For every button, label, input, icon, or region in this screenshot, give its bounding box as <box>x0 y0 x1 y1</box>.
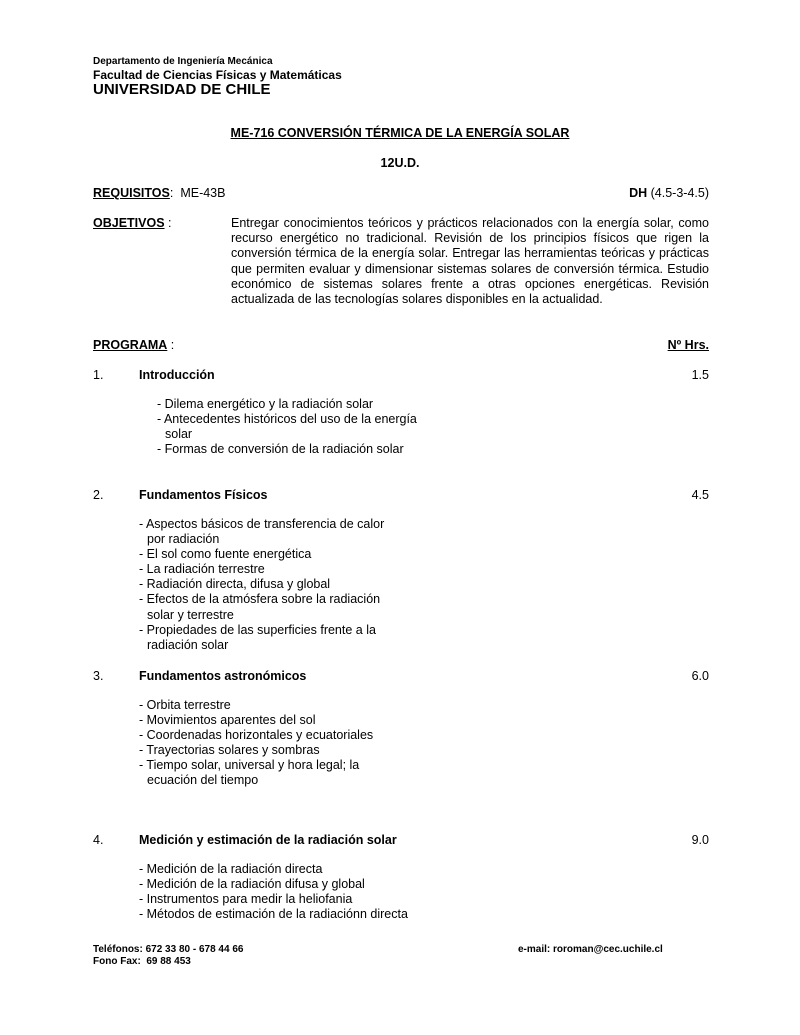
list-item: - Efectos de la atmósfera sobre la radia… <box>139 592 401 622</box>
university-name: UNIVERSIDAD DE CHILE <box>93 81 271 98</box>
list-item: - Orbita terrestre <box>139 698 401 713</box>
section-hours: 1.5 <box>692 368 709 382</box>
list-item: - Aspectos básicos de transferencia de c… <box>139 517 401 547</box>
section-title: Medición y estimación de la radiación so… <box>139 833 397 847</box>
section-title: Fundamentos astronómicos <box>139 669 306 683</box>
dh-row: DH (4.5-3-4.5) <box>629 186 709 200</box>
list-item: - Movimientos aparentes del sol <box>139 713 401 728</box>
section-hours: 4.5 <box>692 488 709 502</box>
requirements-row: REQUISITOS: ME-43B <box>93 186 225 200</box>
section-items: - Orbita terrestre - Movimientos aparent… <box>139 698 401 789</box>
list-item: - El sol como fuente energética <box>139 547 401 562</box>
faculty-name: Facultad de Ciencias Físicas y Matemátic… <box>93 68 342 82</box>
list-item: - Dilema energético y la radiación solar <box>157 397 437 412</box>
program-label-row: PROGRAMA : <box>93 338 174 352</box>
department-name: Departamento de Ingeniería Mecánica <box>93 56 273 67</box>
section-number: 3. <box>93 669 103 683</box>
footer-fax: Fono Fax: 69 88 453 <box>93 956 243 968</box>
list-item: - Coordenadas horizontales y ecuatoriale… <box>139 728 401 743</box>
program-colon: : <box>171 338 174 352</box>
list-item: - La radiación terrestre <box>139 562 401 577</box>
section-items: - Dilema energético y la radiación solar… <box>157 397 437 457</box>
list-item: - Antecedentes históricos del uso de la … <box>157 412 437 442</box>
course-title: ME-716 CONVERSIÓN TÉRMICA DE LA ENERGÍA … <box>0 126 800 140</box>
section-number: 2. <box>93 488 103 502</box>
list-item: - Instrumentos para medir la heliofania <box>139 892 459 907</box>
footer-email[interactable]: e-mail: roroman@cec.uchile.cl <box>518 944 663 956</box>
section-number: 1. <box>93 368 103 382</box>
list-item: - Trayectorias solares y sombras <box>139 743 401 758</box>
objectives-text: Entregar conocimientos teóricos y prácti… <box>231 216 709 307</box>
section-number: 4. <box>93 833 103 847</box>
footer-contact: Teléfonos: 672 33 80 - 678 44 66 Fono Fa… <box>93 944 243 968</box>
section-title: Introducción <box>139 368 215 382</box>
list-item: - Medición de la radiación difusa y glob… <box>139 877 459 892</box>
objectives-label-row: OBJETIVOS : <box>93 216 172 230</box>
section-items: - Aspectos básicos de transferencia de c… <box>139 517 401 653</box>
section-items: - Medición de la radiación directa - Med… <box>139 862 459 922</box>
course-credits: 12U.D. <box>0 156 800 170</box>
section-hours: 6.0 <box>692 669 709 683</box>
list-item: - Propiedades de las superficies frente … <box>139 623 401 653</box>
list-item: - Medición de la radiación directa <box>139 862 459 877</box>
objectives-colon: : <box>168 216 171 230</box>
dh-value: (4.5-3-4.5) <box>651 186 709 200</box>
list-item: - Radiación directa, difusa y global <box>139 577 401 592</box>
program-label: PROGRAMA <box>93 338 167 352</box>
hours-column-header: Nº Hrs. <box>668 338 709 352</box>
section-hours: 9.0 <box>692 833 709 847</box>
list-item: - Formas de conversión de la radiación s… <box>157 442 437 457</box>
list-item: - Tiempo solar, universal y hora legal; … <box>139 758 401 788</box>
section-title: Fundamentos Físicos <box>139 488 268 502</box>
footer-phones: Teléfonos: 672 33 80 - 678 44 66 <box>93 944 243 956</box>
requirements-value: ME-43B <box>180 186 225 200</box>
list-item: - Métodos de estimación de la radiaciónn… <box>139 907 459 922</box>
dh-label: DH <box>629 186 647 200</box>
objectives-label: OBJETIVOS <box>93 216 165 230</box>
requirements-colon: : <box>170 186 173 200</box>
requirements-label: REQUISITOS <box>93 186 170 200</box>
